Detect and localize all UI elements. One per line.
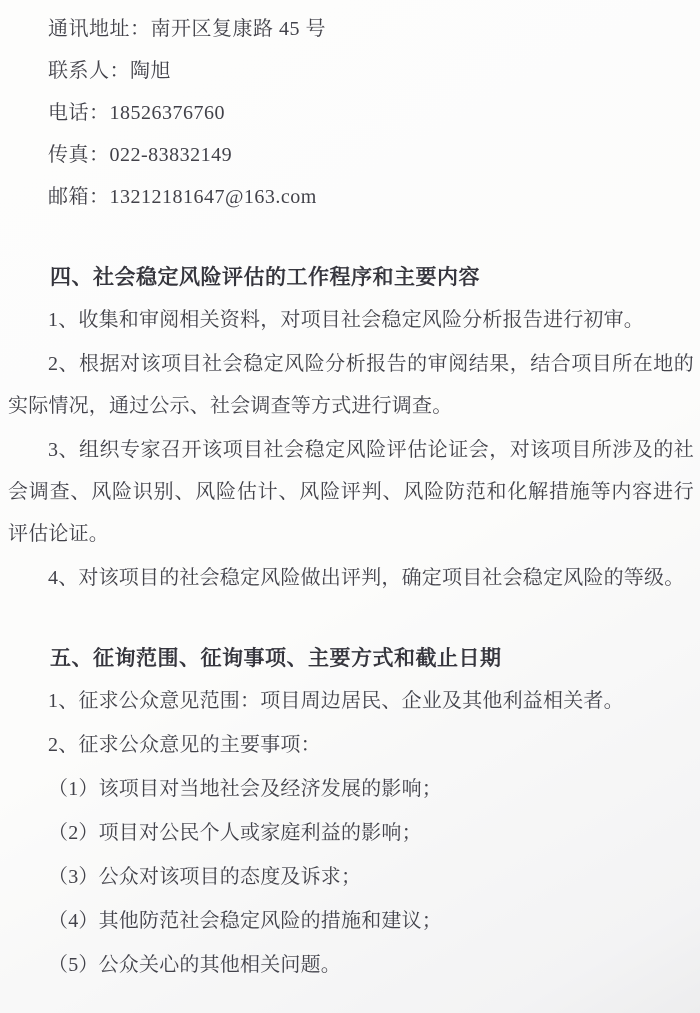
section-5-subitem-4: （4）其他防范社会稳定风险的措施和建议； <box>8 900 694 942</box>
section-4-item-1: 1、收集和审阅相关资料，对项目社会稳定风险分析报告进行初审。 <box>8 299 694 341</box>
section-4: 四、社会稳定风险评估的工作程序和主要内容 1、收集和审阅相关资料，对项目社会稳定… <box>8 256 694 599</box>
section-4-heading: 四、社会稳定风险评估的工作程序和主要内容 <box>8 256 694 299</box>
contact-line-fax: 传真：022-83832149 <box>8 134 694 176</box>
section-5-subitem-1: （1）该项目对当地社会及经济发展的影响； <box>8 768 694 810</box>
contact-line-address: 通讯地址：南开区复康路 45 号 <box>8 8 694 50</box>
section-5-heading: 五、征询范围、征询事项、主要方式和截止日期 <box>8 637 694 680</box>
contact-info-block: 通讯地址：南开区复康路 45 号 联系人：陶旭 电话：18526376760 传… <box>8 4 694 218</box>
contact-line-email: 邮箱：13212181647@163.com <box>8 176 694 218</box>
section-5-subitem-2: （2）项目对公民个人或家庭利益的影响； <box>8 812 694 854</box>
section-4-item-4: 4、对该项目的社会稳定风险做出评判，确定项目社会稳定风险的等级。 <box>8 557 694 599</box>
contact-line-person: 联系人：陶旭 <box>8 50 694 92</box>
section-5-item-1: 1、征求公众意见范围：项目周边居民、企业及其他利益相关者。 <box>8 680 694 722</box>
section-5-subitem-5: （5）公众关心的其他相关问题。 <box>8 944 694 986</box>
section-5-item-2: 2、征求公众意见的主要事项： <box>8 724 694 766</box>
contact-line-phone: 电话：18526376760 <box>8 92 694 134</box>
section-5-subitem-3: （3）公众对该项目的态度及诉求； <box>8 856 694 898</box>
section-5: 五、征询范围、征询事项、主要方式和截止日期 1、征求公众意见范围：项目周边居民、… <box>8 637 694 986</box>
section-4-item-3: 3、组织专家召开该项目社会稳定风险评估论证会，对该项目所涉及的社会调查、风险识别… <box>8 429 694 555</box>
document-page: 通讯地址：南开区复康路 45 号 联系人：陶旭 电话：18526376760 传… <box>0 0 700 1013</box>
section-4-item-2: 2、根据对该项目社会稳定风险分析报告的审阅结果，结合项目所在地的实际情况，通过公… <box>8 343 694 427</box>
